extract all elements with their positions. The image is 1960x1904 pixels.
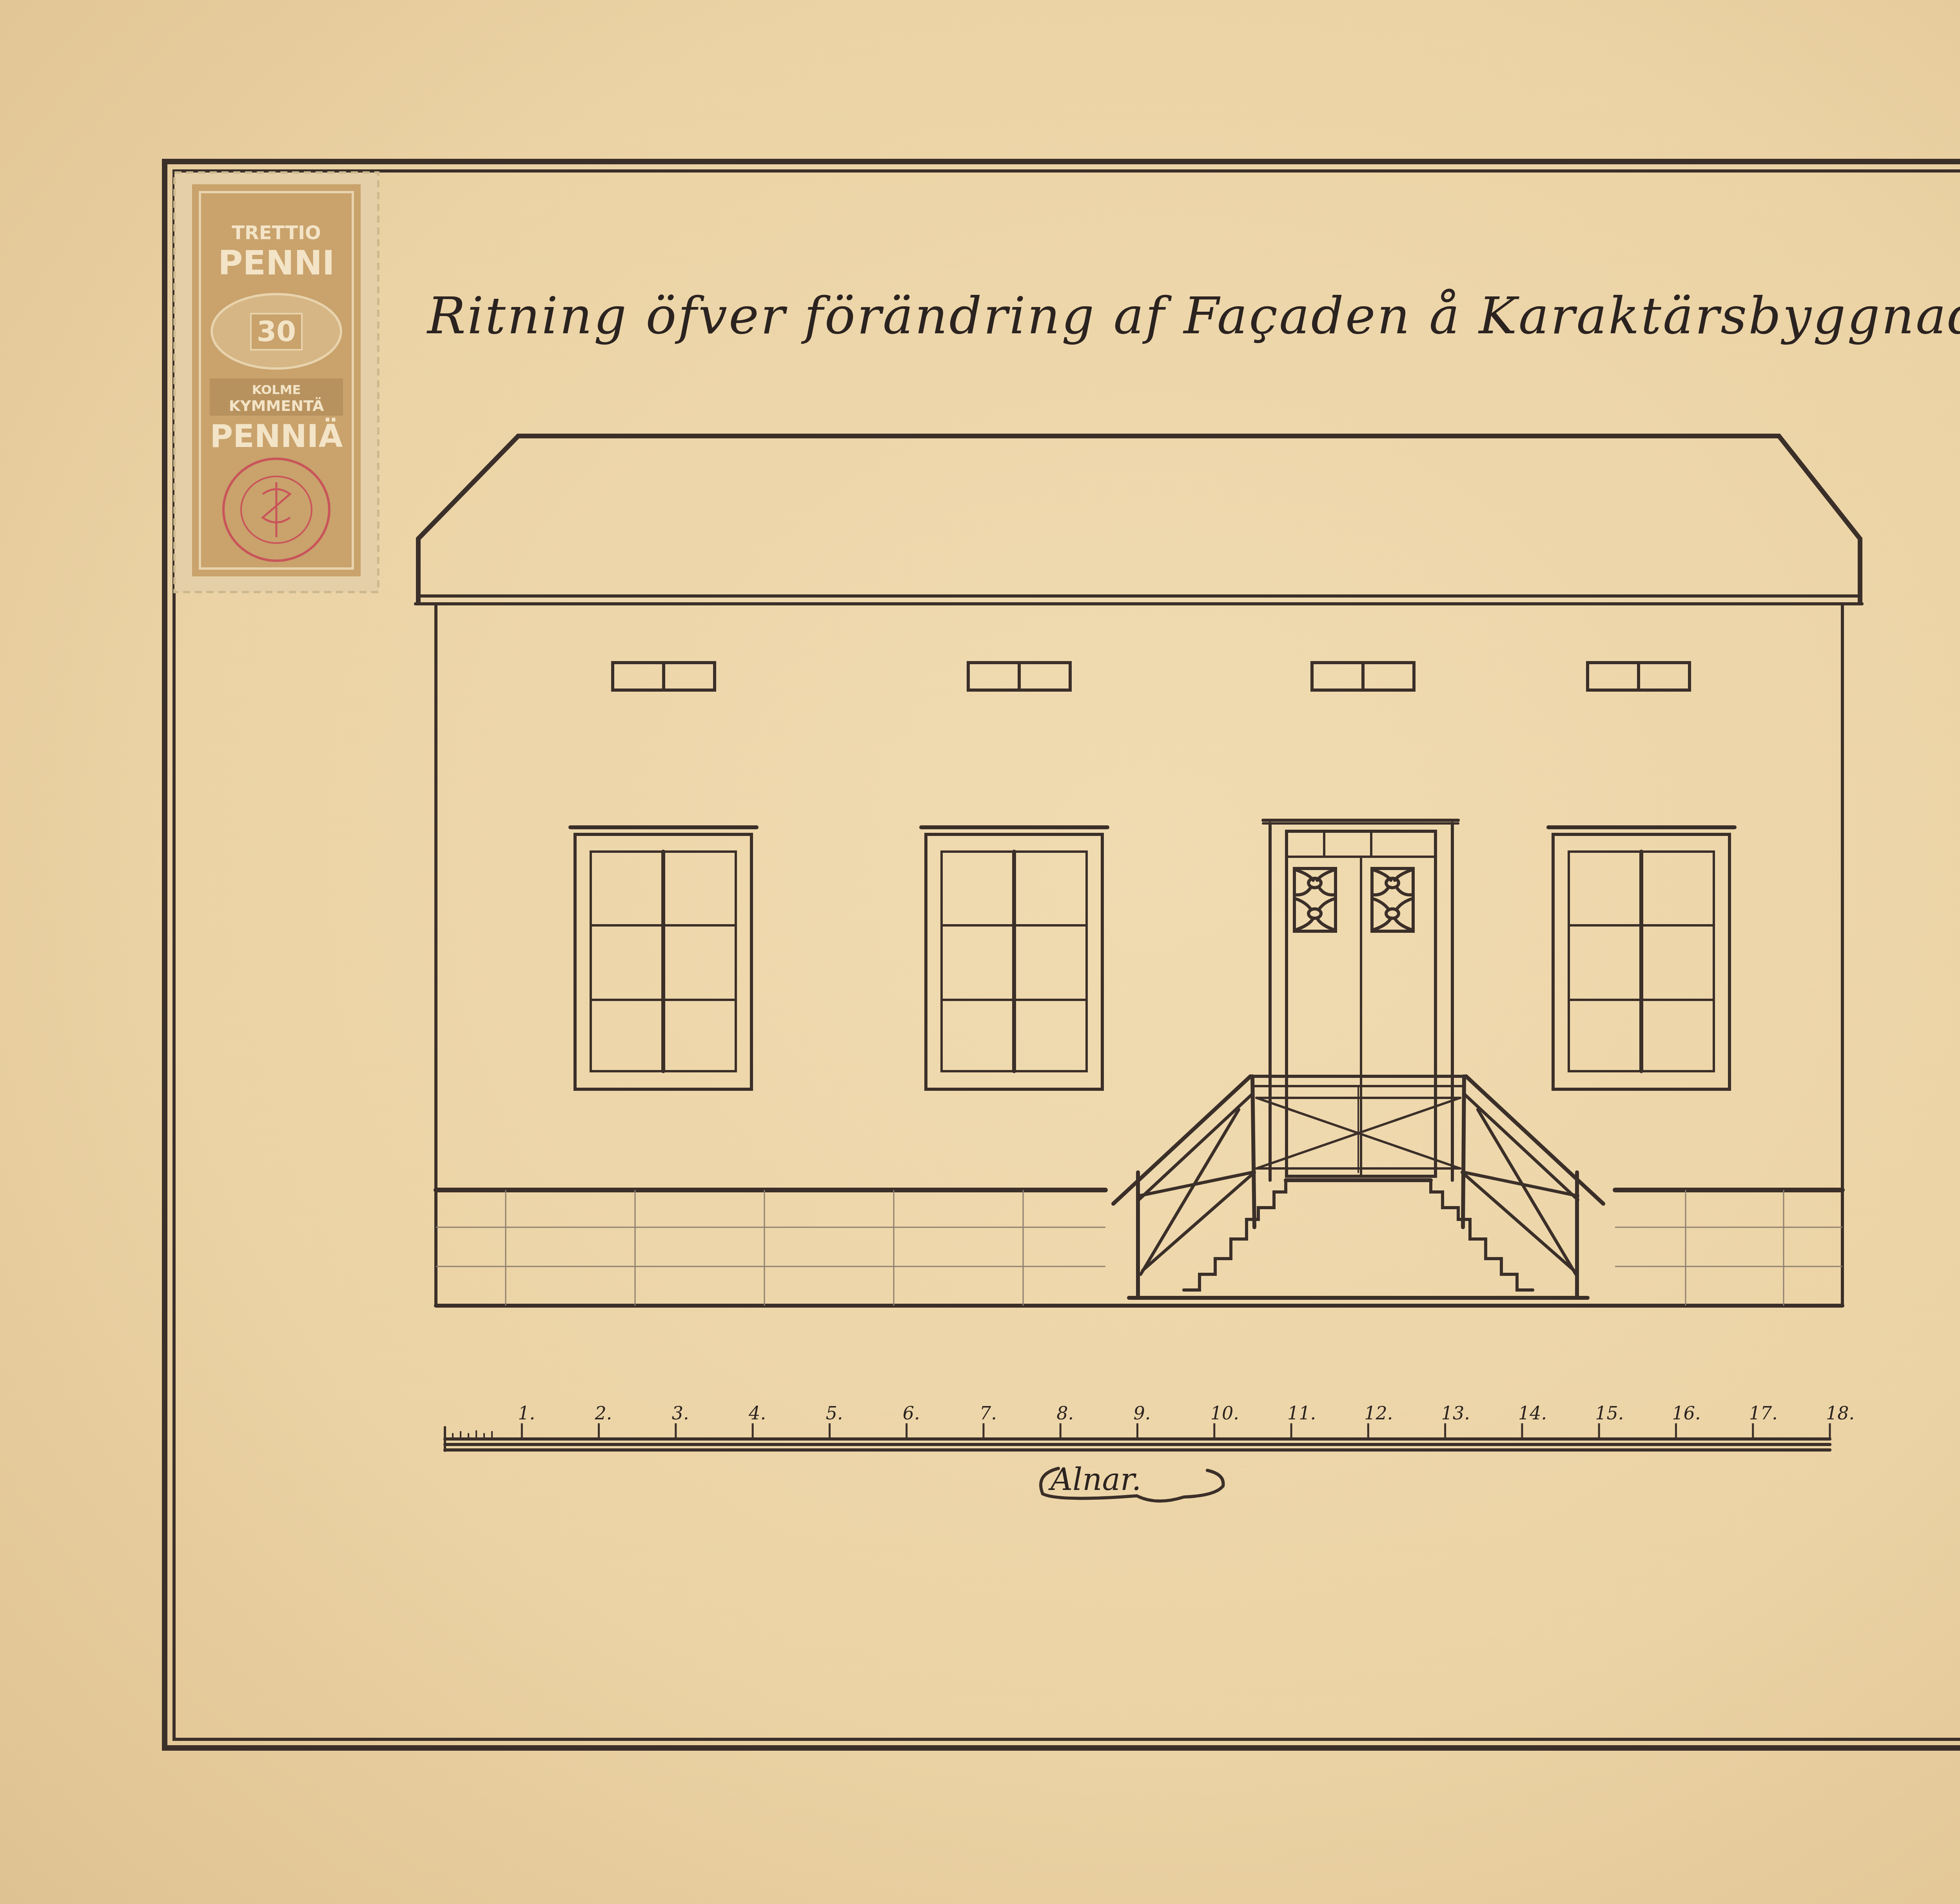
attic-window — [1312, 663, 1414, 690]
attic-window — [613, 663, 715, 690]
stamp-line2a: KOLME — [252, 382, 301, 397]
window-right — [1548, 827, 1735, 1089]
exterior-staircase — [1113, 1076, 1603, 1298]
scale-unit-label: Alnar. — [1048, 1462, 1142, 1497]
door-glass-ornament — [1372, 868, 1413, 931]
building-facade — [416, 436, 1862, 1306]
scale-label: 15. — [1595, 1403, 1624, 1424]
stamp-top-text: TRETTIO — [232, 222, 321, 244]
scale-label: 4. — [748, 1403, 766, 1424]
mansard-roof — [416, 436, 1862, 604]
scale-label: 12. — [1364, 1403, 1393, 1424]
drawing-canvas: TRETTIO PENNI 30 KOLME KYMMENTÄ PENNIÄ R… — [0, 0, 1960, 1904]
attic-window — [1588, 663, 1690, 690]
attic-windows — [613, 663, 1690, 690]
scale-bar: 1.2.3.4.5.6.7.8.9.10.11.12.13.14.15.16.1… — [445, 1403, 1855, 1501]
scale-label: 1. — [518, 1403, 535, 1424]
drawing-title: Ritning öfver förändring af Façaden å Ka… — [426, 286, 1960, 345]
border-frame — [165, 162, 1960, 1748]
scale-label: 9. — [1134, 1403, 1151, 1424]
entrance-door — [1263, 820, 1458, 1180]
scale-label: 6. — [903, 1403, 920, 1424]
scale-label: 14. — [1518, 1403, 1547, 1424]
stamp-value: 30 — [257, 315, 296, 348]
scale-label: 16. — [1672, 1403, 1700, 1424]
scale-ticks — [522, 1423, 1830, 1439]
revenue-stamp: TRETTIO PENNI 30 KOLME KYMMENTÄ PENNIÄ — [174, 173, 378, 592]
scale-label: 18. — [1826, 1403, 1855, 1424]
scale-labels: 1.2.3.4.5.6.7.8.9.10.11.12.13.14.15.16.1… — [518, 1403, 1855, 1424]
scale-label: 5. — [826, 1403, 843, 1424]
scale-label: 10. — [1210, 1403, 1239, 1424]
scale-label: 7. — [980, 1403, 997, 1424]
door-glass-ornament — [1294, 868, 1336, 931]
scale-label: 13. — [1441, 1403, 1470, 1424]
attic-window — [968, 663, 1070, 690]
scale-label: 3. — [672, 1403, 689, 1424]
window-left — [570, 827, 757, 1089]
stamp-line2b: KYMMENTÄ — [229, 397, 324, 414]
scale-label: 17. — [1749, 1403, 1778, 1424]
scale-label: 2. — [595, 1403, 612, 1424]
window-middle — [921, 827, 1107, 1089]
stamp-line1: PENNI — [218, 243, 335, 283]
scale-label: 8. — [1056, 1403, 1074, 1424]
stamp-line3: PENNIÄ — [210, 418, 343, 454]
scale-label: 11. — [1287, 1403, 1316, 1424]
